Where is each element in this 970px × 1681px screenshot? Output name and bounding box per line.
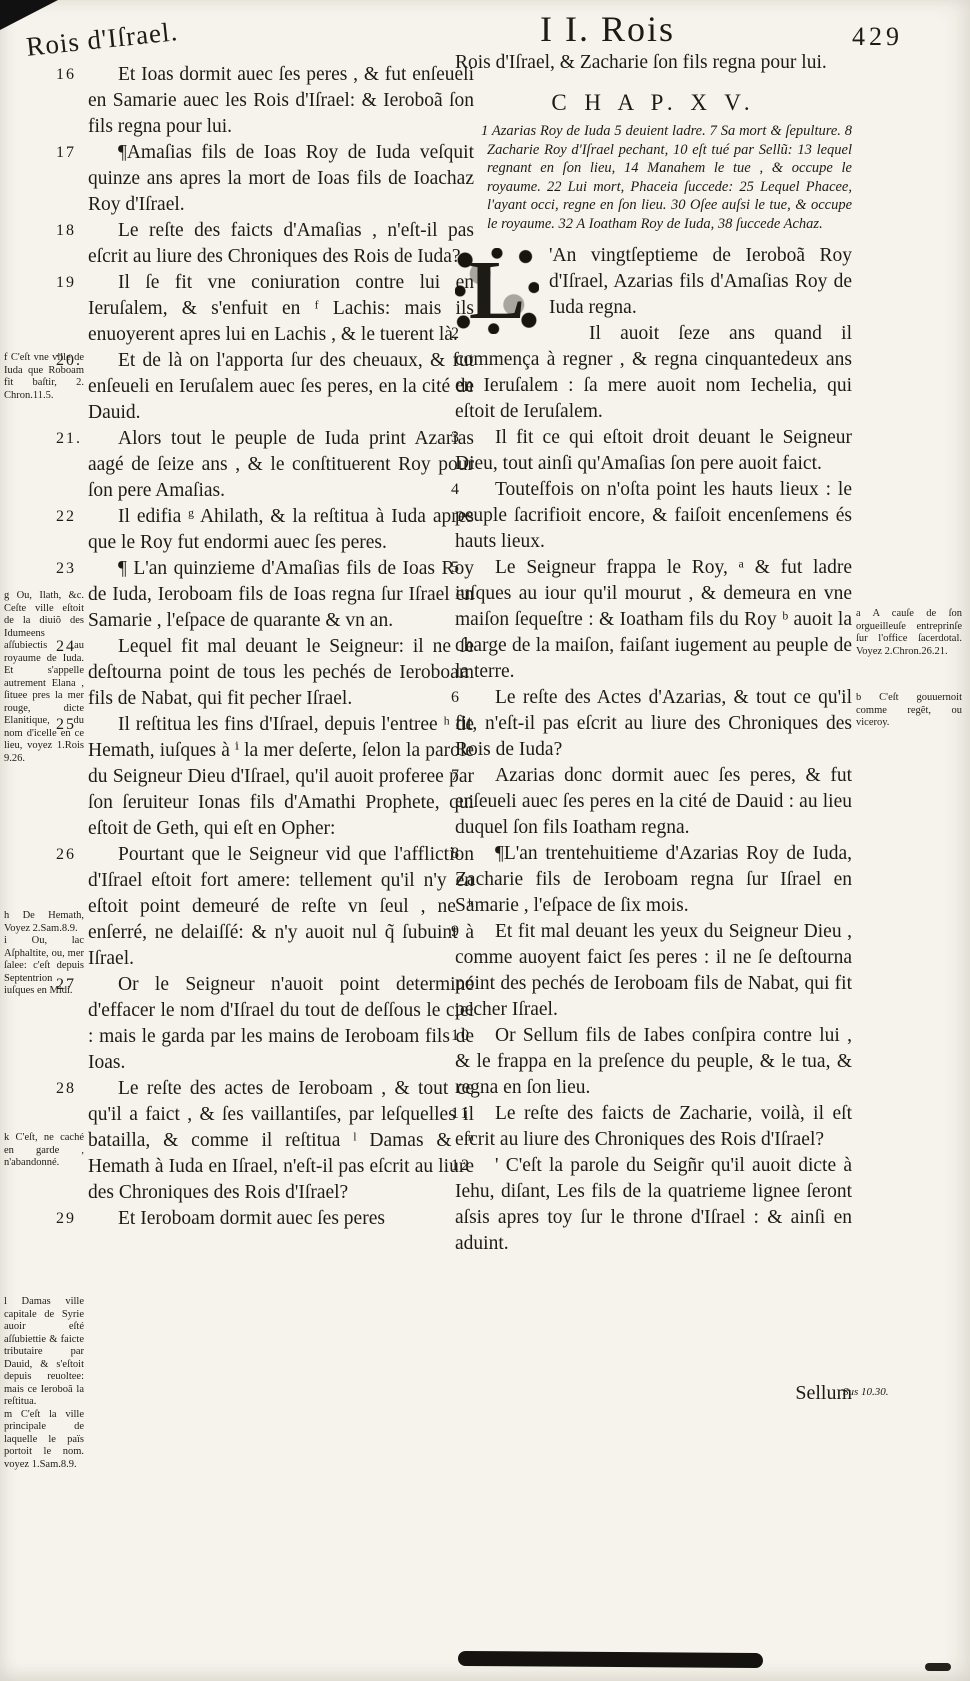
scan-bottom-dot-artifact <box>925 1663 951 1671</box>
verse-number: 7 <box>451 763 461 789</box>
right-text-column: Rois d'Iſrael, & Zacharie ſon fils regna… <box>455 50 852 1257</box>
margin-note-l-m: l Damas ville capitale de Syrie auoir eſ… <box>4 1296 84 1471</box>
margin-note-text: m C'eſt la ville principale de laquelle … <box>4 1409 84 1472</box>
verse-number: 22 <box>56 504 76 530</box>
verse-text: Et Ieroboam dormit auec ſes peres <box>118 1208 385 1229</box>
verse-14-19: 19Il ſe fit vne coniuration contre lui e… <box>88 270 474 348</box>
verse-number: 28 <box>56 1076 76 1102</box>
page-number: 429 <box>852 22 903 52</box>
margin-note-text: g Ou, Ilath, &c. Ceſte ville eſtoit de l… <box>4 590 84 765</box>
margin-note-text: b C'eſt gouuernoit comme regẽt, ou vicer… <box>856 692 962 730</box>
margin-note-text: f C'eſt vne ville de Iuda que Roboam fit… <box>4 352 84 402</box>
verse-number: 6 <box>451 685 461 711</box>
verse-number: 10 <box>451 1023 471 1049</box>
margin-note-text: a A cauſe de ſon orgueilleuſe entreprinſ… <box>856 608 962 658</box>
verse-text: Pourtant que le Seigneur vid que l'affli… <box>88 844 474 969</box>
margin-note-text: l Damas ville capitale de Syrie auoir eſ… <box>4 1296 84 1409</box>
verse-14-29: 29Et Ieroboam dormit auec ſes peres <box>88 1206 474 1232</box>
verse-number: 18 <box>56 218 76 244</box>
verse-text: ¶Amaſias fils de Ioas Roy de Iuda veſqui… <box>88 142 474 215</box>
scanned-bible-page: Rois d'Iſrael. I I. Rois 429 16Et Ioas d… <box>0 0 970 1681</box>
verse-15-9: 9Et fit mal deuant les yeux du Seigneur … <box>455 919 852 1023</box>
verse-number: 4 <box>451 477 461 503</box>
verse-14-26: 26Pourtant que le Seigneur vid que l'aff… <box>88 842 474 972</box>
verse-text: Et Ioas dormit auec ſes peres , & fut en… <box>88 64 474 137</box>
verse-text: Il edifia ᵍ Ahilath, & la reſtitua à Iud… <box>88 506 474 553</box>
verse-14-21: 21.Alors tout le peuple de Iuda print Az… <box>88 426 474 504</box>
verse-text: Or le Seigneur n'auoit point determiné d… <box>88 974 474 1073</box>
running-title-center: I I. Rois <box>540 8 675 50</box>
verse-14-18: 18Le reſte des faicts d'Amaſias , n'eſt-… <box>88 218 474 270</box>
chapter-heading: C H A P. X V. <box>455 90 852 116</box>
margin-note-k: k C'eſt, ne caché en garde , n'abandonné… <box>4 1132 84 1170</box>
verse-14-17: 17¶Amaſias fils de Ioas Roy de Iuda veſq… <box>88 140 474 218</box>
scan-corner-artifact <box>0 0 58 30</box>
verse-number: 2 <box>451 321 461 347</box>
verse-15-11: 11Le reſte des faicts de Zacharie, voilà… <box>455 1101 852 1153</box>
margin-note-text: i Ou, lac Aſphaltite, ou, mer ſalee: c'e… <box>4 935 84 998</box>
margin-note-h-i: h De Hemath, Voyez 2.Sam.8.9. i Ou, lac … <box>4 910 84 998</box>
catchword: Sellum <box>455 1382 852 1405</box>
verse-text: Et de là on l'apporta ſur des cheuaux, &… <box>88 350 474 423</box>
verse-text: Le reſte des Actes d'Azarias, & tout ce … <box>455 687 852 760</box>
verse-number: 23 <box>56 556 76 582</box>
verse-15-8: 8¶L'an trentehuitieme d'Azarias Roy de I… <box>455 841 852 919</box>
running-title-left: Rois d'Iſrael. <box>25 16 180 63</box>
verse-number: 8 <box>451 841 461 867</box>
verse-text: Il auoit ſeze ans quand il commença à re… <box>455 323 852 422</box>
verse-14-25: 25Il reſtitua les fins d'Iſrael, depuis … <box>88 712 474 842</box>
verse-number: 5 <box>451 555 461 581</box>
verse-number: 26 <box>56 842 76 868</box>
margin-note-f: f C'eſt vne ville de Iuda que Roboam fit… <box>4 352 84 402</box>
margin-note-text: Sus 10.30. <box>843 1386 963 1399</box>
verse-text: ' C'eſt la parole du Seigñr qu'il auoit … <box>455 1155 852 1254</box>
verse-15-6: 6Le reſte des Actes d'Azarias, & tout ce… <box>455 685 852 763</box>
verse-number: 11 <box>451 1101 470 1127</box>
verse-14-16: 16Et Ioas dormit auec ſes peres , & fut … <box>88 62 474 140</box>
verse-14-27: 27Or le Seigneur n'auoit point determiné… <box>88 972 474 1076</box>
verse-15-5: 5Le Seigneur frappa le Roy, ᵃ & fut ladr… <box>455 555 852 685</box>
scan-bottom-artifact <box>458 1651 763 1668</box>
verse-text: ¶ L'an quinzieme d'Amaſias fils de Ioas … <box>88 558 474 631</box>
verse-text: Or Sellum fils de Iabes conſpira contre … <box>455 1025 852 1098</box>
verse-15-12: 12' C'eſt la parole du Seigñr qu'il auoi… <box>455 1153 852 1257</box>
verse-text: 'An vingtſeptieme de Ieroboã Roy d'Iſrae… <box>549 245 852 318</box>
verse-text: Il reſtitua les fins d'Iſrael, depuis l'… <box>88 714 474 839</box>
verse-text: Le reſte des faicts d'Amaſias , n'eſt-il… <box>88 220 474 267</box>
verse-number: 16 <box>56 62 76 88</box>
verse-text: Il fit ce qui eſtoit droit deuant le Sei… <box>455 427 852 474</box>
verse-number: 19 <box>56 270 76 296</box>
verse-continuation: Rois d'Iſrael, & Zacharie ſon fils regna… <box>455 50 852 76</box>
margin-note-sus: Sus 10.30. <box>843 1386 963 1399</box>
verse-15-2: 2Il auoit ſeze ans quand il commença à r… <box>455 321 852 425</box>
left-text-column: 16Et Ioas dormit auec ſes peres , & fut … <box>88 62 474 1232</box>
verse-number: 17 <box>56 140 76 166</box>
verse-14-23: 23¶ L'an quinzieme d'Amaſias fils de Ioa… <box>88 556 474 634</box>
verse-14-24: 24Lequel fit mal deuant le Seigneur: il … <box>88 634 474 712</box>
verse-15-7: 7Azarias donc dormit auec ſes peres, & f… <box>455 763 852 841</box>
verse-number: 12 <box>451 1153 471 1179</box>
verse-text: Touteſfois on n'oſta point les hauts lie… <box>455 479 852 552</box>
verse-text: Azarias donc dormit auec ſes peres, & fu… <box>455 765 852 838</box>
verse-text: ¶L'an trentehuitieme d'Azarias Roy de Iu… <box>455 843 852 916</box>
verse-number: 3 <box>451 425 461 451</box>
verse-14-22: 22Il edifia ᵍ Ahilath, & la reſtitua à I… <box>88 504 474 556</box>
verse-15-10: 10Or Sellum fils de Iabes conſpira contr… <box>455 1023 852 1101</box>
verse-14-28: 28Le reſte des actes de Ieroboam , & tou… <box>88 1076 474 1206</box>
verse-15-4: 4Touteſfois on n'oſta point les hauts li… <box>455 477 852 555</box>
verse-number: 9 <box>451 919 461 945</box>
verse-text: Il ſe fit vne coniuration contre lui en … <box>88 272 474 345</box>
verse-14-20: 20.Et de là on l'apporta ſur des cheuaux… <box>88 348 474 426</box>
verse-text: Le reſte des actes de Ieroboam , & tout … <box>88 1078 474 1203</box>
margin-note-b: b C'eſt gouuernoit comme regẽt, ou vicer… <box>856 692 962 730</box>
verse-text: Lequel fit mal deuant le Seigneur: il ne… <box>88 636 474 709</box>
verse-text: Le Seigneur frappa le Roy, ᵃ & fut ladre… <box>455 557 852 682</box>
verse-number: 29 <box>56 1206 76 1232</box>
chapter-summary: 1 Azarias Roy de Iuda 5 deuient ladre. 7… <box>461 122 852 233</box>
margin-note-text: h De Hemath, Voyez 2.Sam.8.9. <box>4 910 84 935</box>
verse-15-1: L'An vingtſeptieme de Ieroboã Roy d'Iſra… <box>455 243 852 321</box>
margin-note-text: k C'eſt, ne caché en garde , n'abandonné… <box>4 1132 84 1170</box>
verse-text: Le reſte des faicts de Zacharie, voilà, … <box>455 1103 852 1150</box>
verse-text: Et fit mal deuant les yeux du Seigneur D… <box>455 921 852 1020</box>
margin-note-g: g Ou, Ilath, &c. Ceſte ville eſtoit de l… <box>4 590 84 765</box>
verse-15-3: 3Il fit ce qui eſtoit droit deuant le Se… <box>455 425 852 477</box>
margin-note-a: a A cauſe de ſon orgueilleuſe entreprinſ… <box>856 608 962 658</box>
verse-text: Alors tout le peuple de Iuda print Azari… <box>88 428 474 501</box>
verse-number: 21. <box>56 426 82 452</box>
